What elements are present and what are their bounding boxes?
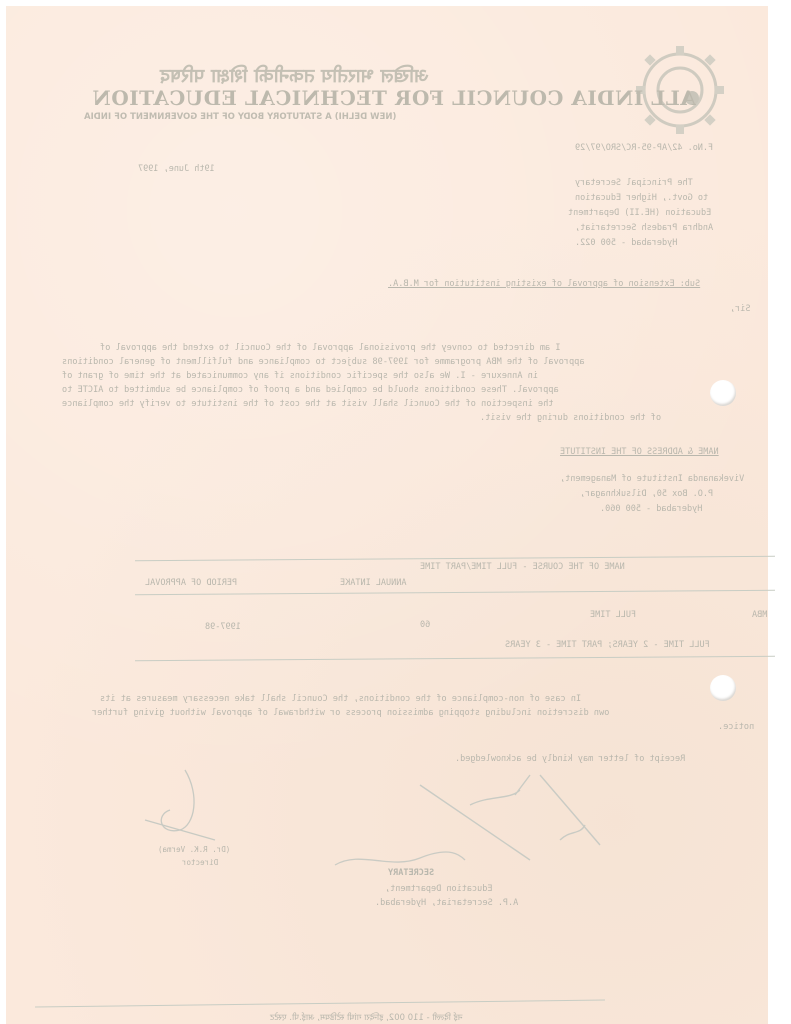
punch-hole bbox=[710, 675, 736, 701]
table-title: NAME OF THE COURSE - FULL TIME/PART TIME bbox=[420, 562, 625, 572]
body-line: in Annexure - I. We also the specific co… bbox=[62, 369, 538, 384]
closing-line: In case of non-compliance of the conditi… bbox=[100, 692, 581, 707]
institute-address-line: Vivekananda Institute of Management, bbox=[560, 474, 744, 484]
letterhead-english: ALL INDIA COUNCIL FOR TECHNICAL EDUCATIO… bbox=[92, 86, 696, 110]
signatory-line: A.P. Secretariat, Hyderabad. bbox=[375, 898, 518, 908]
table-header: PERIOD OF APPROVAL bbox=[145, 578, 237, 588]
signature-mark bbox=[140, 765, 230, 845]
reference-number: F.No. 42/AP-95-RC/SRO/97/29 bbox=[575, 143, 713, 153]
letterhead-hindi: अखिल भारतीय तकनीकी शिक्षा परिषद bbox=[160, 62, 428, 88]
acknowledgement: Receipt of letter may kindly be acknowle… bbox=[455, 754, 685, 764]
salutation: Sir, bbox=[730, 304, 750, 314]
body-line: I am directed to convey the provisional … bbox=[100, 341, 560, 356]
body-line: of the conditions during the visit. bbox=[480, 411, 661, 426]
signatory-line: Education Department, bbox=[385, 884, 492, 894]
addressee-line: Hyderabad - 500 022. bbox=[575, 238, 677, 248]
body-line: approval. These conditions should be com… bbox=[62, 383, 559, 398]
body-line: the inspection of the Council shall visi… bbox=[62, 397, 554, 412]
addressee-line: The Principal Secretary bbox=[575, 178, 693, 188]
addressee-line: to Govt., Higher Education bbox=[575, 193, 708, 203]
table-header: ANNUAL INTAKE bbox=[340, 578, 407, 588]
institute-heading: NAME & ADDRESS OF THE INSTITUTE bbox=[560, 447, 719, 457]
closing-line: own discretion including stopping admiss… bbox=[92, 706, 609, 721]
letterhead-subtitle: (NEW DELHI) A STATUTORY BODY OF THE GOVE… bbox=[84, 112, 396, 122]
left-signatory-title: Director bbox=[182, 858, 218, 867]
institute-address-line: Hyderabad - 500 060. bbox=[600, 504, 702, 514]
body-line: approval of the MBA programme for 1997-9… bbox=[62, 355, 585, 370]
subject-line: Sub: Extension of approval of existing i… bbox=[388, 279, 700, 289]
footer-address: नई दिल्ली - 110 002, इन्दिरा गांधी स्टेड… bbox=[270, 1012, 462, 1023]
punch-hole bbox=[710, 380, 736, 406]
closing-line: notice. bbox=[718, 720, 754, 735]
signatory-title: SECRETARY bbox=[388, 868, 434, 878]
table-footnote: FULL TIME - 2 YEARS; PART TIME - 3 YEARS bbox=[505, 640, 710, 650]
institute-address-line: P.O. Box 50, Dilsukhnagar, bbox=[580, 489, 713, 499]
letter-date: 19th June, 1997 bbox=[138, 164, 215, 174]
addressee-line: Education (HE.II) Department bbox=[568, 208, 711, 218]
addressee-line: Andhra Pradesh Secretariat, bbox=[575, 223, 713, 233]
left-signatory-name: (Dr. R.K. Verma) bbox=[158, 845, 230, 854]
